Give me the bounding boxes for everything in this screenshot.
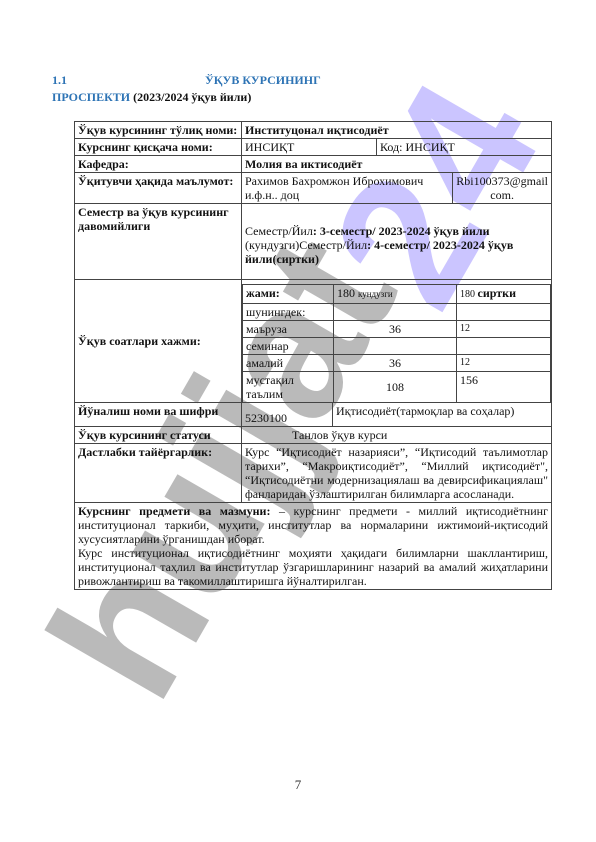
hours-row: шунингдек: bbox=[243, 304, 551, 321]
hours-name: шунингдек: bbox=[243, 304, 334, 321]
hours-ext: 180 bbox=[460, 289, 475, 300]
label-full-name: Ўқув курсининг тўлиқ номи: bbox=[75, 122, 242, 139]
hours-day bbox=[334, 338, 457, 355]
row-status: Ўқув курсининг статуси Танлов ўқув курси bbox=[75, 427, 552, 444]
row-department: Кафедра: Молия ва иктисодиёт bbox=[75, 156, 552, 173]
hours-ext: 12 bbox=[457, 355, 551, 372]
teacher-email: Rbi100373@gmail com. bbox=[453, 173, 551, 203]
page-number: 7 bbox=[0, 777, 596, 793]
hours-day: 180 bbox=[337, 286, 355, 300]
hours-name: семинар bbox=[243, 338, 334, 355]
direction-name: Иқтисодиёт(тармоқлар ва соҳалар) bbox=[333, 403, 552, 426]
label-direction: Йўналиш номи ва шифри bbox=[75, 403, 242, 427]
value-subject: Курснинг предмети ва мазмуни: – курснинг… bbox=[75, 503, 552, 590]
heading-year: (2023/2024 ўқув йили) bbox=[133, 90, 251, 104]
hours-ext: 12 bbox=[457, 321, 551, 338]
value-department: Молия ва иктисодиёт bbox=[242, 156, 552, 173]
hours-day-suffix: кундузги bbox=[358, 289, 393, 299]
row-short-name: Курснинг қисқача номи: ИНСИҚТ Код: ИНСИҚ… bbox=[75, 139, 552, 156]
hours-name: амалий bbox=[243, 355, 334, 372]
hours-ext bbox=[457, 338, 551, 355]
hours-name: мустақил таълим bbox=[243, 372, 334, 403]
hours-day: 108 bbox=[334, 372, 457, 403]
value-code: Код: ИНСИҚТ bbox=[377, 139, 552, 156]
hours-row: мустақил таълим 108 156 bbox=[243, 372, 551, 403]
row-full-name: Ўқув курсининг тўлиқ номи: Институцонал … bbox=[75, 122, 552, 139]
hours-day: 36 bbox=[334, 355, 457, 372]
row-semester: Семестр ва ўқув курсининг давомийлиги Се… bbox=[75, 204, 552, 280]
row-direction: Йўналиш номи ва шифри 5230100 Иқтисодиёт… bbox=[75, 403, 552, 427]
row-prerequisites: Дастлабки тайёргарлик: Курс “Иқтисодиёт … bbox=[75, 444, 552, 503]
hours-table: жами: 180 кундузги 180 сиртки шунингдек:… bbox=[242, 284, 551, 402]
subject-label: Курснинг предмети ва мазмуни: bbox=[78, 504, 270, 518]
semester-prefix-1: Семестр/Йил bbox=[245, 224, 313, 238]
hours-name: жами: bbox=[243, 285, 334, 304]
value-semester: Семестр/Йил: 3-семестр/ 2023-2024 ўқув й… bbox=[242, 204, 552, 280]
label-hours: Ўқув соатлари хажми: bbox=[75, 280, 242, 403]
row-subject: Курснинг предмети ва мазмуни: – курснинг… bbox=[75, 503, 552, 590]
hours-ext-suffix: сиртки bbox=[478, 286, 516, 300]
semester-value-1: : 3-семестр/ 2023-2024 ўқув йили bbox=[313, 224, 490, 238]
course-prospect-table: Ўқув курсининг тўлиқ номи: Институцонал … bbox=[74, 121, 552, 590]
section-number: 1.1 bbox=[52, 72, 205, 89]
row-hours: Ўқув соатлари хажми: жами: 180 кундузги … bbox=[75, 280, 552, 403]
hours-row: маъруза 36 12 bbox=[243, 321, 551, 338]
semester-prefix-2: (кундузги)Семестр/Йил bbox=[245, 238, 367, 252]
label-department: Кафедра: bbox=[75, 156, 242, 173]
hours-ext bbox=[457, 304, 551, 321]
hours-row: семинар bbox=[243, 338, 551, 355]
hours-name: маъруза bbox=[243, 321, 334, 338]
teacher-name: Рахимов Бахромжон Иброхимович и.ф.н.. до… bbox=[242, 173, 453, 203]
hours-row-total: жами: 180 кундузги 180 сиртки bbox=[243, 285, 551, 304]
heading-title-2: ПРОСПЕКТИ bbox=[52, 90, 130, 104]
value-full-name: Институцонал иқтисодиёт bbox=[242, 122, 552, 139]
value-status: Танлов ўқув курси bbox=[242, 427, 552, 444]
label-teacher: Ўқитувчи ҳақида маълумот: bbox=[75, 173, 242, 204]
label-status: Ўқув курсининг статуси bbox=[75, 427, 242, 444]
direction-code: 5230100 bbox=[242, 403, 333, 426]
row-teacher: Ўқитувчи ҳақида маълумот: Рахимов Бахром… bbox=[75, 173, 552, 204]
hours-day: 36 bbox=[334, 321, 457, 338]
hours-row: амалий 36 12 bbox=[243, 355, 551, 372]
label-short-name: Курснинг қисқача номи: bbox=[75, 139, 242, 156]
label-semester: Семестр ва ўқув курсининг давомийлиги bbox=[75, 204, 242, 280]
value-prerequisites: Курс “Иқтисодиёт назарияси”, “Иқтисодий … bbox=[242, 444, 552, 503]
label-prerequisites: Дастлабки тайёргарлик: bbox=[75, 444, 242, 503]
hours-day bbox=[334, 304, 457, 321]
section-heading: 1.1ЎҚУВ КУРСИНИНГ ПРОСПЕКТИ (2023/2024 ў… bbox=[52, 72, 352, 106]
subject-text-2: Курс институционал иқтисодиётнинг моҳият… bbox=[78, 546, 548, 588]
value-short-name: ИНСИҚТ bbox=[242, 139, 377, 156]
heading-title-1: ЎҚУВ КУРСИНИНГ bbox=[205, 73, 321, 87]
hours-ext: 156 bbox=[457, 372, 551, 403]
